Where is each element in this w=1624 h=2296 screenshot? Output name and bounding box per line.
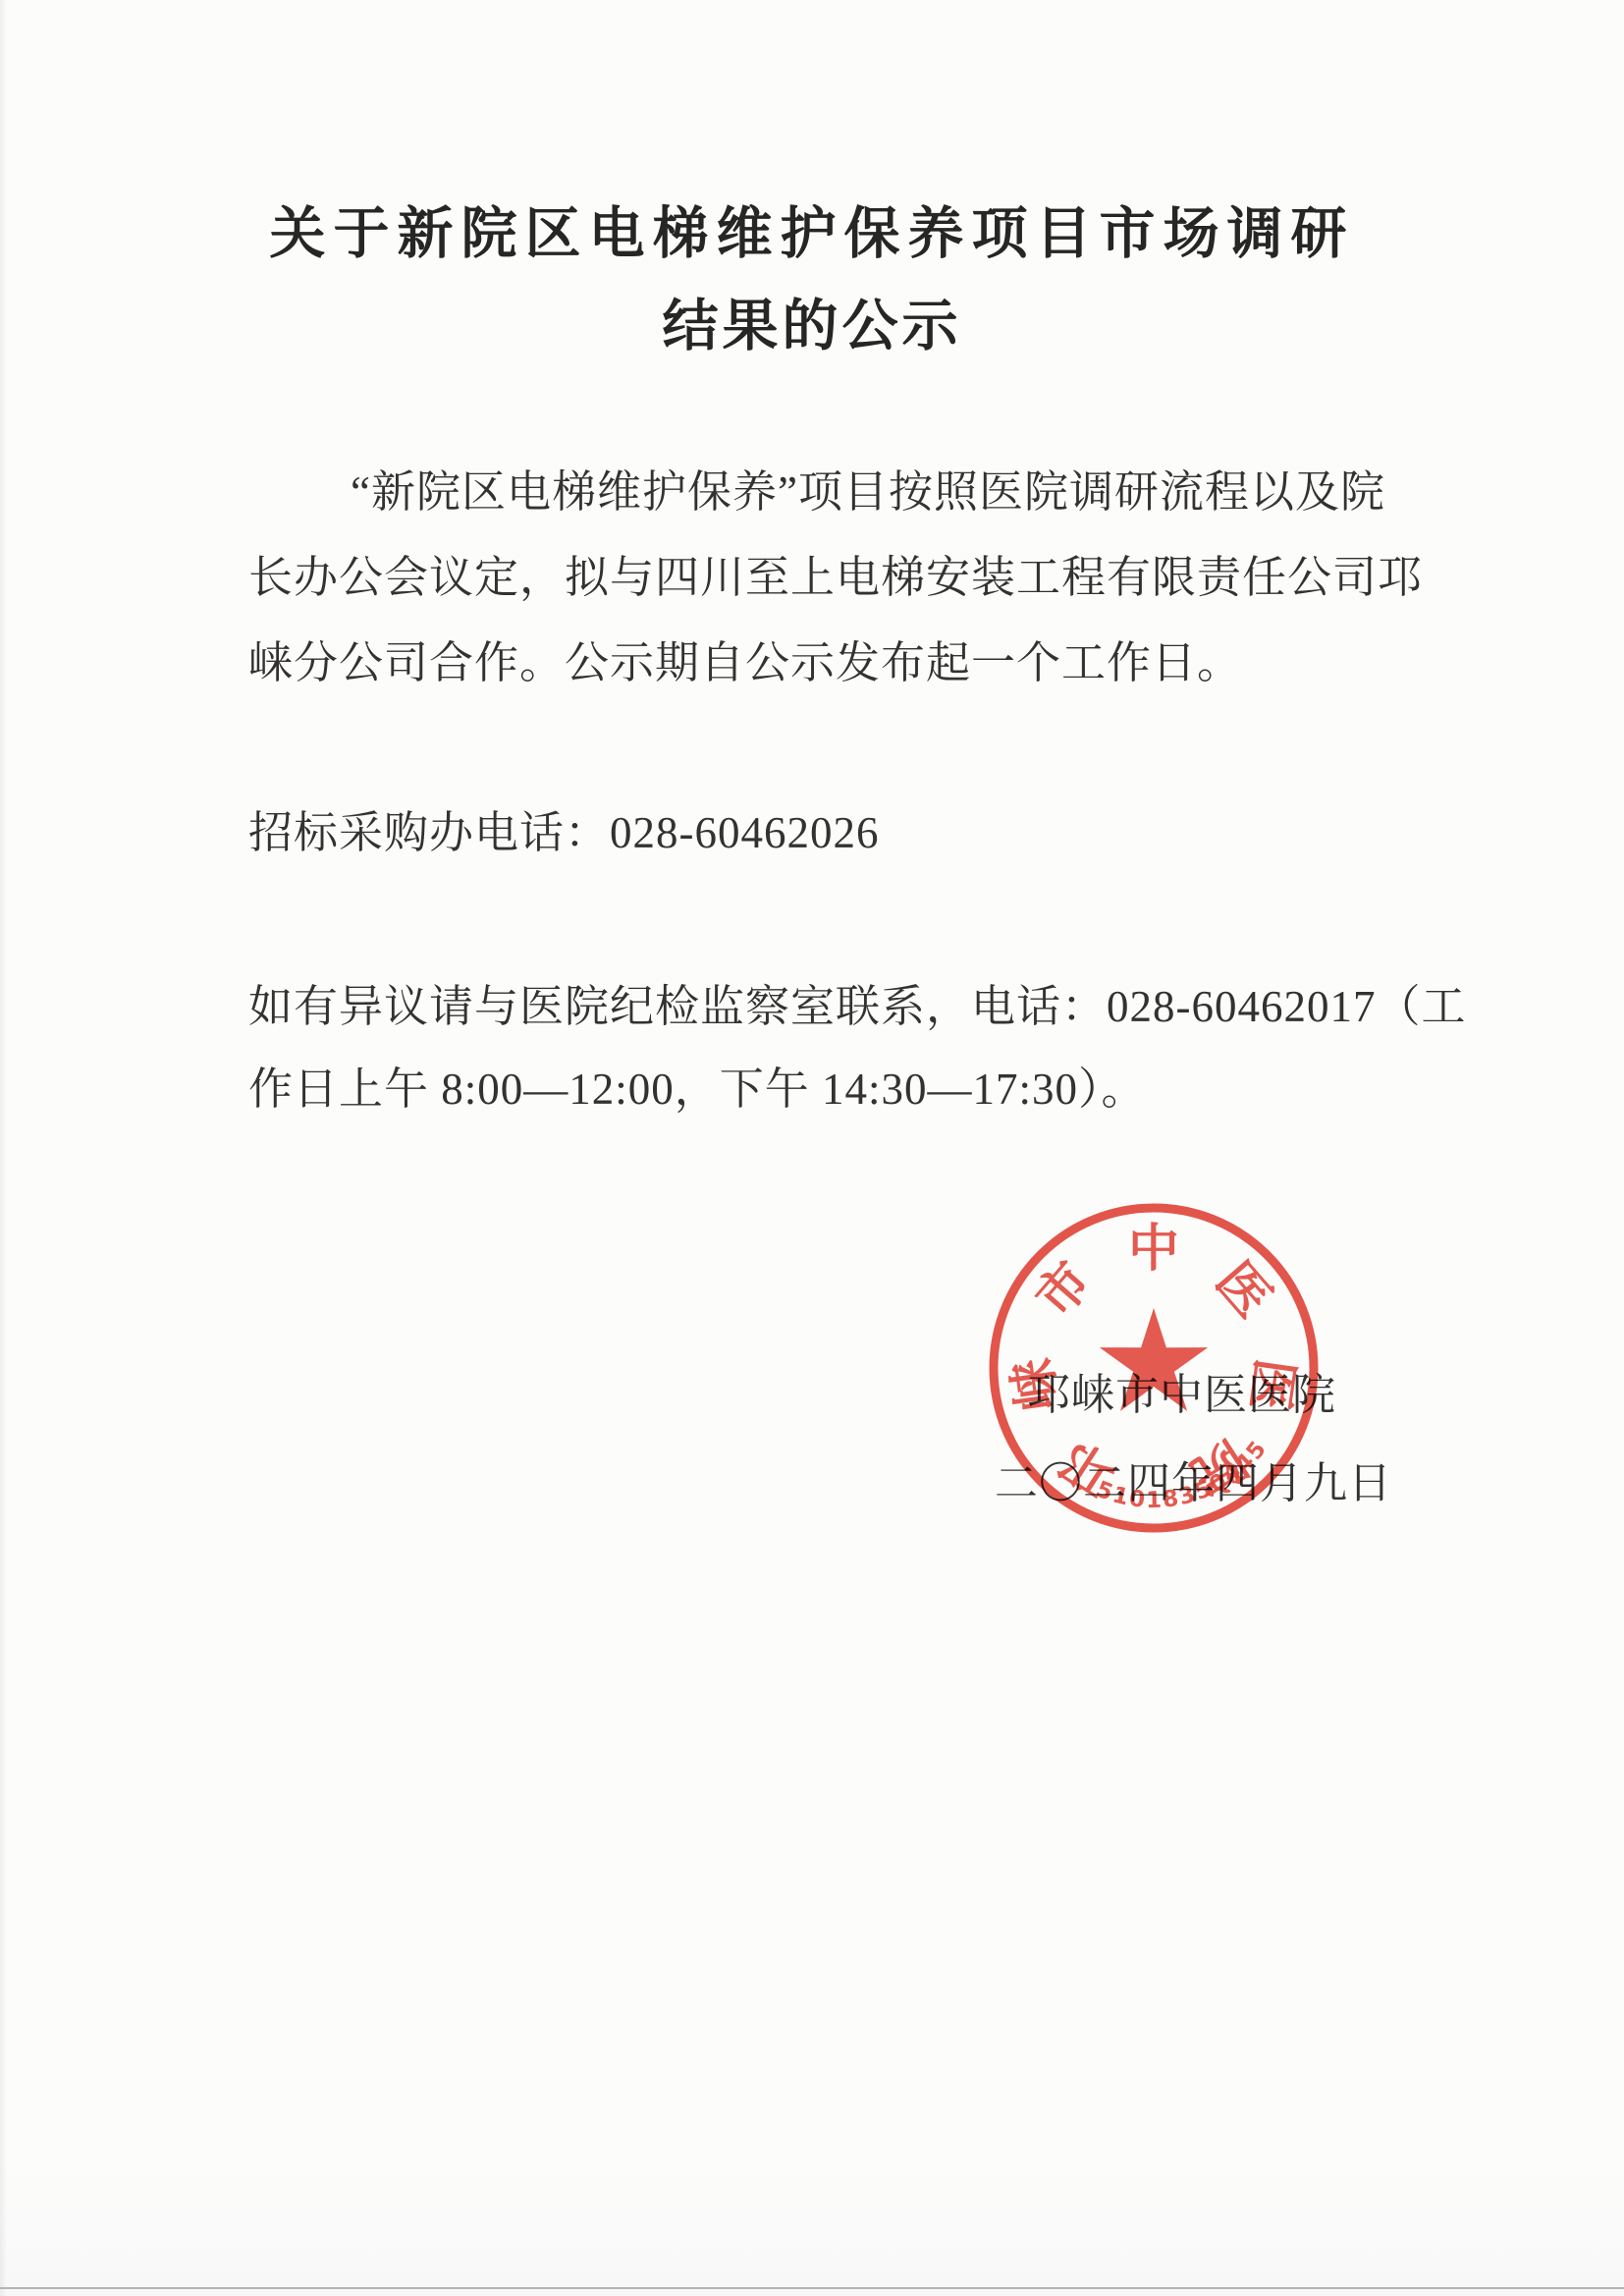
- objection-contact-line1: 如有异议请与医院纪检监察室联系，电话：028-60462017（工: [248, 970, 1467, 1034]
- scanned-notice-page: 关于新院区电梯维护保养项目市场调研 结果的公示 “新院区电梯维护保养”项目按照医…: [0, 0, 1624, 2296]
- signature-org: 邛崃市中医医院: [1027, 1359, 1336, 1422]
- notice-title-line1: 关于新院区电梯维护保养项目市场调研: [0, 189, 1624, 269]
- seal-ring-char: 中: [1128, 1219, 1179, 1279]
- paragraph1-line2: 长办公会议定，拟与四川至上电梯安装工程有限责任公司邛: [248, 541, 1423, 605]
- signature-date: 二〇二四年四月九日: [995, 1448, 1392, 1510]
- paragraph1-line3: 崃分公司合作。公示期自公示发布起一个工作日。: [248, 627, 1242, 690]
- notice-title-line2: 结果的公示: [0, 281, 1624, 361]
- objection-contact-line2: 作日上午 8:00—12:00，下午 14:30—17:30）。: [248, 1053, 1147, 1117]
- scan-bottom-edge-line: [0, 2287, 1624, 2289]
- procurement-phone-line: 招标采购办电话：028-60462026: [248, 796, 880, 860]
- paragraph1-line1: “新院区电梯维护保养”项目按照医院调研流程以及院: [248, 456, 1385, 519]
